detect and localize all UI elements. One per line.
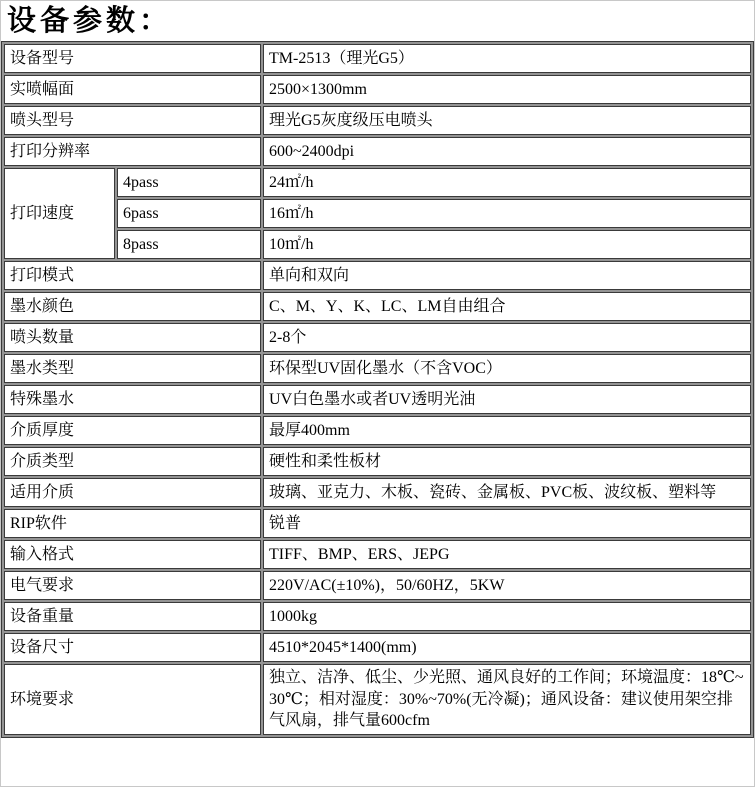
- table-row: 6pass16㎡/h: [4, 199, 751, 228]
- param-value-cell: 16㎡/h: [263, 199, 751, 228]
- param-sublabel-cell: 8pass: [117, 230, 261, 259]
- param-value-cell: 600~2400dpi: [263, 137, 751, 166]
- table-row: 介质类型硬性和柔性板材: [4, 447, 751, 476]
- param-label-cell: 电气要求: [4, 571, 261, 600]
- param-value-cell: 1000kg: [263, 602, 751, 631]
- table-row: 环境要求独立、洁净、低尘、少光照、通风良好的工作间；环境温度：18℃~30℃；相…: [4, 664, 751, 735]
- param-label-cell: 喷头型号: [4, 106, 261, 135]
- param-label-cell: 适用介质: [4, 478, 261, 507]
- param-value-cell: TIFF、BMP、ERS、JEPG: [263, 540, 751, 569]
- param-label-cell: 实喷幅面: [4, 75, 261, 104]
- param-label-cell: 输入格式: [4, 540, 261, 569]
- param-value-cell: UV白色墨水或者UV透明光油: [263, 385, 751, 414]
- param-value-cell: 锐普: [263, 509, 751, 538]
- table-row: 打印分辨率600~2400dpi: [4, 137, 751, 166]
- spec-table-body: 设备型号TM-2513（理光G5）实喷幅面2500×1300mm喷头型号理光G5…: [4, 44, 751, 735]
- page-title: 设备参数：: [1, 1, 754, 41]
- param-label-cell: 打印分辨率: [4, 137, 261, 166]
- param-value-cell: 环保型UV固化墨水（不含VOC）: [263, 354, 751, 383]
- param-value-cell: 玻璃、亚克力、木板、瓷砖、金属板、PVC板、波纹板、塑料等: [263, 478, 751, 507]
- param-value-cell: 2-8个: [263, 323, 751, 352]
- param-label-cell: 特殊墨水: [4, 385, 261, 414]
- page-container: 设备参数： 设备型号TM-2513（理光G5）实喷幅面2500×1300mm喷头…: [0, 0, 755, 787]
- table-row: 8pass10㎡/h: [4, 230, 751, 259]
- param-label-cell: 介质类型: [4, 447, 261, 476]
- param-value-cell: 单向和双向: [263, 261, 751, 290]
- param-value-cell: 24㎡/h: [263, 168, 751, 197]
- param-value-cell: 4510*2045*1400(mm): [263, 633, 751, 662]
- param-value-cell: 2500×1300mm: [263, 75, 751, 104]
- table-row: 墨水颜色C、M、Y、K、LC、LM自由组合: [4, 292, 751, 321]
- spec-table: 设备型号TM-2513（理光G5）实喷幅面2500×1300mm喷头型号理光G5…: [1, 41, 754, 738]
- param-label-cell: 墨水类型: [4, 354, 261, 383]
- table-row: 实喷幅面2500×1300mm: [4, 75, 751, 104]
- table-row: RIP软件锐普: [4, 509, 751, 538]
- table-row: 喷头数量2-8个: [4, 323, 751, 352]
- param-value-cell: C、M、Y、K、LC、LM自由组合: [263, 292, 751, 321]
- param-label-cell: 环境要求: [4, 664, 261, 735]
- param-label-cell: 打印模式: [4, 261, 261, 290]
- param-value-cell: 独立、洁净、低尘、少光照、通风良好的工作间；环境温度：18℃~30℃；相对湿度：…: [263, 664, 751, 735]
- table-row: 介质厚度最厚400mm: [4, 416, 751, 445]
- param-label-cell: RIP软件: [4, 509, 261, 538]
- param-sublabel-cell: 4pass: [117, 168, 261, 197]
- param-value-cell: 硬性和柔性板材: [263, 447, 751, 476]
- table-row: 输入格式TIFF、BMP、ERS、JEPG: [4, 540, 751, 569]
- param-label-cell: 设备重量: [4, 602, 261, 631]
- param-sublabel-cell: 6pass: [117, 199, 261, 228]
- table-row: 打印模式单向和双向: [4, 261, 751, 290]
- param-value-cell: 10㎡/h: [263, 230, 751, 259]
- table-row: 设备型号TM-2513（理光G5）: [4, 44, 751, 73]
- param-value-cell: TM-2513（理光G5）: [263, 44, 751, 73]
- param-label-cell: 喷头数量: [4, 323, 261, 352]
- param-label-cell: 设备型号: [4, 44, 261, 73]
- table-row: 打印速度4pass24㎡/h: [4, 168, 751, 197]
- param-label-cell: 打印速度: [4, 168, 115, 259]
- table-row: 喷头型号理光G5灰度级压电喷头: [4, 106, 751, 135]
- table-row: 设备重量1000kg: [4, 602, 751, 631]
- param-label-cell: 设备尺寸: [4, 633, 261, 662]
- param-label-cell: 墨水颜色: [4, 292, 261, 321]
- param-label-cell: 介质厚度: [4, 416, 261, 445]
- table-row: 设备尺寸4510*2045*1400(mm): [4, 633, 751, 662]
- table-row: 墨水类型环保型UV固化墨水（不含VOC）: [4, 354, 751, 383]
- table-row: 适用介质玻璃、亚克力、木板、瓷砖、金属板、PVC板、波纹板、塑料等: [4, 478, 751, 507]
- table-row: 电气要求220V/AC(±10%)，50/60HZ，5KW: [4, 571, 751, 600]
- table-row: 特殊墨水UV白色墨水或者UV透明光油: [4, 385, 751, 414]
- param-value-cell: 220V/AC(±10%)，50/60HZ，5KW: [263, 571, 751, 600]
- param-value-cell: 最厚400mm: [263, 416, 751, 445]
- param-value-cell: 理光G5灰度级压电喷头: [263, 106, 751, 135]
